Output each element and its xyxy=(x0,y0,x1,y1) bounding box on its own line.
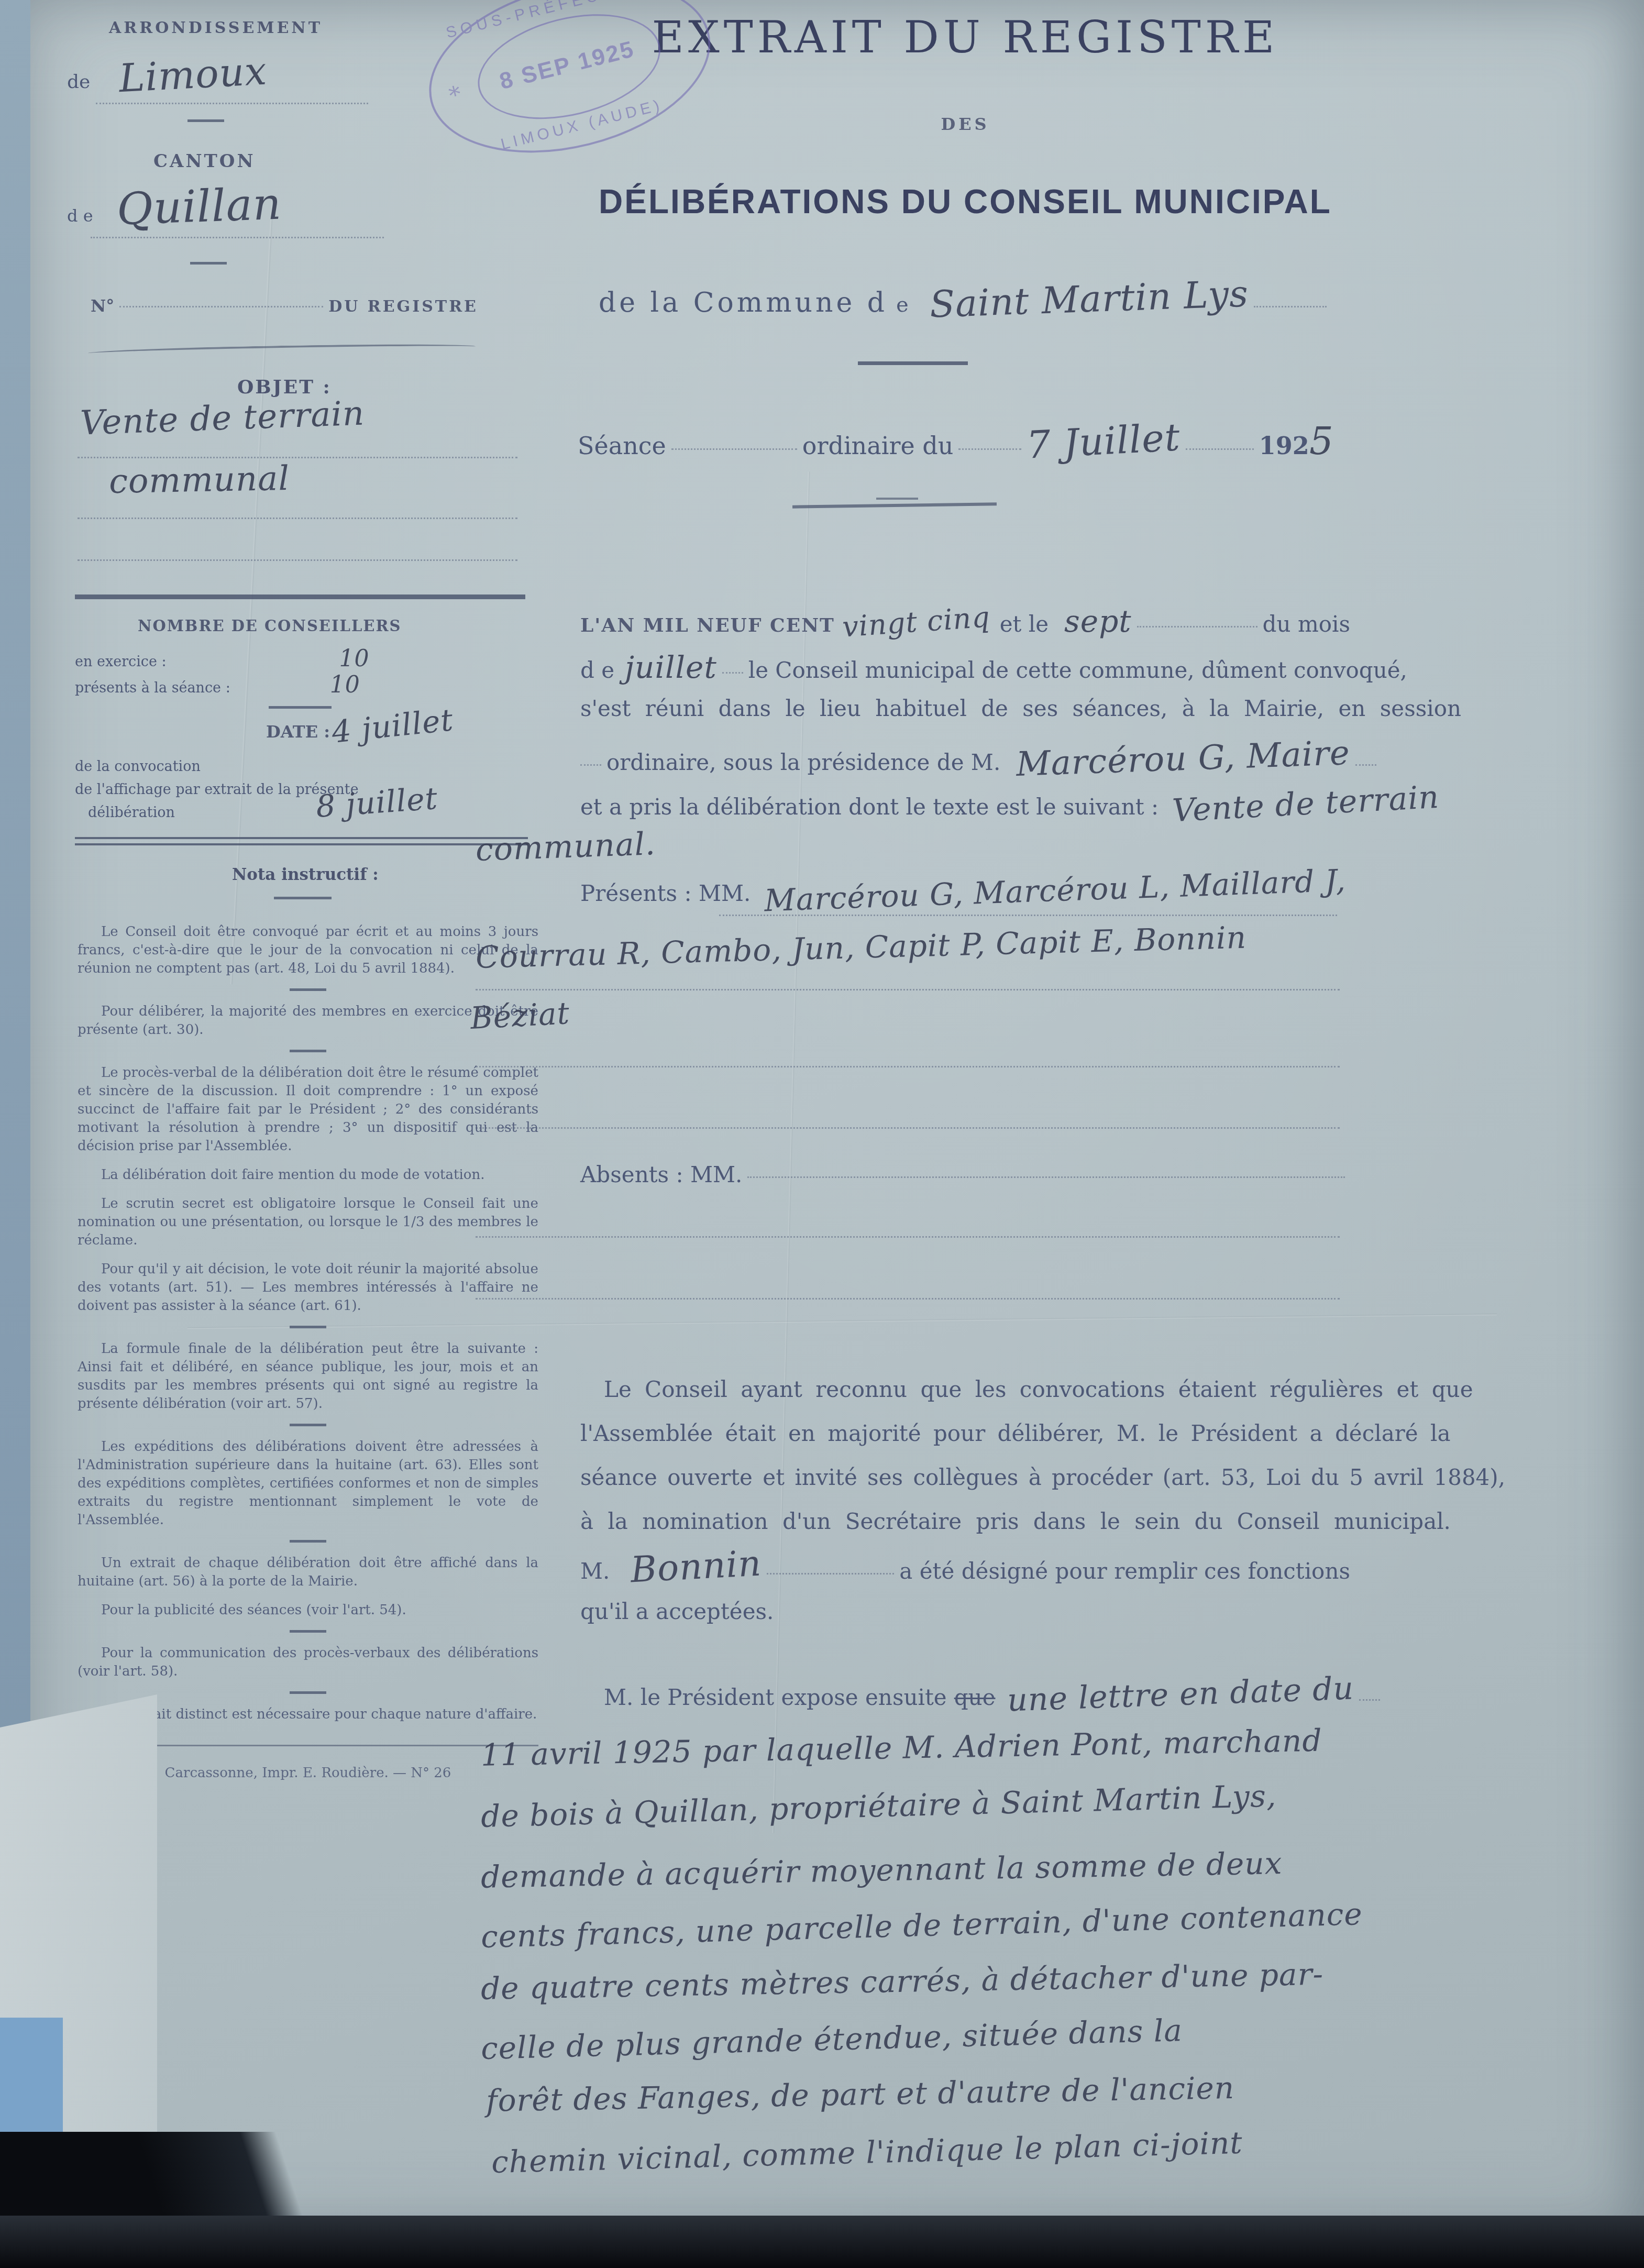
dotted-line xyxy=(78,518,517,519)
expose-print-text: M. le Président expose ensuite xyxy=(604,1685,947,1710)
lettre-handwritten-line: celle de plus grande étendue, située dan… xyxy=(480,2008,1366,2066)
objet-value-line2-handwritten: communal xyxy=(108,459,290,501)
en-exercice-label: en exercice : xyxy=(75,654,167,670)
et-le-label: et le xyxy=(1000,611,1049,637)
dotted-line xyxy=(96,103,368,104)
nota-heading: Nota instructif : xyxy=(232,865,379,884)
note-divider xyxy=(290,1691,326,1694)
conseil-line4: à la nomination d'un Secrétaire pris dan… xyxy=(580,1509,1350,1534)
nota-paragraph: Pour la publicité des séances (voir l'ar… xyxy=(78,1601,538,1620)
dotted-fill xyxy=(1186,448,1254,450)
registre-number-label: N° xyxy=(91,296,114,316)
seance-label: Séance xyxy=(578,432,666,460)
note-divider xyxy=(290,1424,326,1426)
nota-paragraph: Pour la communication des procès-verbaux… xyxy=(78,1644,538,1681)
seance-date-handwritten: 7 Juillet xyxy=(1025,415,1182,467)
dotted-fill xyxy=(1359,1699,1380,1701)
d-e-label: d e xyxy=(580,657,614,683)
dotted-line xyxy=(476,1127,1340,1129)
dotted-fill xyxy=(1355,764,1376,766)
title-deliberations: DÉLIBÉRATIONS DU CONSEIL MUNICIPAL xyxy=(567,182,1363,221)
texte-suivant-label: et a pris la délibération dont le texte … xyxy=(580,794,1158,820)
conseil-line1: Le Conseil ayant reconnu que les convoca… xyxy=(604,1377,1353,1402)
divider-rule xyxy=(274,897,332,899)
nota-paragraph: Le Conseil doit être convoqué par écrit … xyxy=(78,923,538,978)
annee-handwritten: vingt cinq xyxy=(841,600,991,644)
presents-handwritten-line1: Marcérou G, Marcérou L, Maillard J, xyxy=(764,863,1347,919)
title-des: DES xyxy=(567,114,1363,134)
expose-handwritten: une lettre en date du xyxy=(1006,1670,1354,1719)
divider-rule xyxy=(269,706,332,709)
dotted-line xyxy=(719,915,1337,916)
arrondissement-value-handwritten: Limoux xyxy=(118,49,268,102)
divider-rule xyxy=(187,119,224,122)
expose-struck-word: que xyxy=(954,1685,996,1710)
ordinaire-presidence-text: ordinaire, sous la présidence de M. xyxy=(606,750,1000,775)
en-exercice-value-handwritten: 10 xyxy=(339,645,370,672)
divider-rule xyxy=(190,262,227,265)
conseillers-heading: NOMBRE DE CONSEILLERS xyxy=(138,617,401,635)
presents-handwritten-line2: Courrau R, Cambo, Jun, Capit P, Capit E,… xyxy=(475,917,1355,975)
nota-paragraph: Les expéditions des délibérations doiven… xyxy=(78,1438,538,1529)
dotted-fill xyxy=(119,306,323,307)
affichage-label-line2: délibération xyxy=(88,805,175,821)
mois-handwritten: juillet xyxy=(625,649,717,685)
note-divider xyxy=(290,1050,326,1052)
objet-deliberation-handwritten1: Vente de terrain xyxy=(1172,779,1440,830)
seance-ordinaire-label: ordinaire du xyxy=(802,432,954,460)
seance-year-print: 192 xyxy=(1259,432,1309,460)
nota-paragraph: La délibération doit faire mention du mo… xyxy=(78,1166,538,1184)
m-label: M. xyxy=(580,1558,610,1584)
dotted-line xyxy=(476,989,1340,990)
decorative-rule-tick xyxy=(876,498,918,500)
dotted-line xyxy=(476,1298,1340,1300)
president-handwritten: Marcérou G, Maire xyxy=(1016,734,1351,784)
dotted-fill xyxy=(580,764,601,766)
jour-handwritten: sept xyxy=(1064,603,1132,639)
nota-paragraph: Pour qu'il y ait décision, le vote doit … xyxy=(78,1260,538,1315)
dotted-fill xyxy=(671,448,797,450)
presents-handwritten-line3: Béziat xyxy=(469,995,570,1036)
dotted-fill xyxy=(958,448,1021,450)
arrondissement-de-label: de xyxy=(67,71,90,93)
dotted-line xyxy=(78,559,517,561)
main-column: EXTRAIT DU REGISTRE DES DÉLIBÉRATIONS DU… xyxy=(567,0,1363,2238)
lettre-handwritten-line: demande à acquérir moyennant la somme de… xyxy=(481,1844,1366,1895)
dotted-fill xyxy=(767,1573,894,1575)
note-divider xyxy=(290,1326,326,1328)
dotted-fill xyxy=(747,1176,1345,1178)
an-mil-neuf-cent: L'an mil neuf cent xyxy=(580,614,835,636)
lettre-handwritten-line: de quatre cents mètres carrés, à détache… xyxy=(481,1955,1366,2006)
reuni-text: s'est réuni dans le lieu habituel de ses… xyxy=(580,696,1350,721)
canton-de-label: d e xyxy=(67,206,93,226)
note-divider xyxy=(290,988,326,991)
divider-rule xyxy=(858,361,968,365)
nota-paragraph: Le procès-verbal de la délibération doit… xyxy=(78,1064,538,1155)
dotted-fill xyxy=(1254,306,1327,307)
dotted-fill xyxy=(722,672,743,674)
convocation-date-handwritten: 4 juillet xyxy=(330,702,455,750)
du-mois-label: du mois xyxy=(1263,611,1350,637)
nota-paragraph: Le scrutin secret est obligatoire lorsqu… xyxy=(78,1195,538,1250)
presents-seance-value-handwritten: 10 xyxy=(330,671,360,698)
secretaire-handwritten: Bonnin xyxy=(630,1543,763,1591)
dotted-line xyxy=(78,457,517,458)
note-divider xyxy=(290,1540,326,1543)
register-extract-page: ARRONDISSEMENT de Limoux CANTON d e Quil… xyxy=(30,0,1644,2238)
conseil-line2: l'Assemblée était en majorité pour délib… xyxy=(580,1421,1350,1446)
absents-label: Absents : MM. xyxy=(580,1162,742,1187)
section-rule xyxy=(75,594,525,599)
objet-label: OBJET : xyxy=(237,376,332,398)
table-edge-shadow xyxy=(0,2216,1644,2268)
dotted-line xyxy=(476,1236,1340,1238)
double-rule xyxy=(75,837,528,845)
dotted-line xyxy=(476,1066,1340,1067)
convoque-text: le Conseil municipal de cette commune, d… xyxy=(748,657,1407,683)
presents-seance-label: présents à la séance : xyxy=(75,680,230,696)
dotted-fill xyxy=(1137,626,1257,627)
canton-value-handwritten: Quillan xyxy=(116,178,282,235)
arrondissement-label: ARRONDISSEMENT xyxy=(109,19,323,37)
commune-prefix: de la Commune d xyxy=(599,287,888,318)
canton-label: CANTON xyxy=(153,151,256,172)
wavy-rule xyxy=(88,343,476,358)
decorative-rule xyxy=(792,502,997,508)
lettre-handwritten-line: chemin vicinal, comme l'indique le plan … xyxy=(491,2121,1376,2180)
acceptees-text: qu'il a acceptées. xyxy=(580,1599,774,1624)
lettre-handwritten-line: cents francs, une parcelle de terrain, d… xyxy=(480,1896,1366,1955)
commune-value-handwritten: Saint Martin Lys xyxy=(929,272,1249,326)
commune-e: e xyxy=(896,293,909,317)
nota-notes: Le Conseil doit être convoqué par écrit … xyxy=(78,923,538,1781)
seance-year-handwritten: 5 xyxy=(1309,419,1334,463)
document-photo: ARRONDISSEMENT de Limoux CANTON d e Quil… xyxy=(0,0,1644,2268)
objet-value-line1-handwritten: Vente de terrain xyxy=(80,394,365,443)
dotted-line xyxy=(91,237,384,238)
designe-text: a été désigné pour remplir ces fonctions xyxy=(899,1558,1350,1584)
note-divider xyxy=(290,1630,326,1633)
lettre-handwritten-line: de bois à Quillan, propriétaire à Saint … xyxy=(480,1776,1366,1834)
nota-paragraph: Pour délibérer, la majorité des membres … xyxy=(78,1003,538,1039)
registre-label: DU REGISTRE xyxy=(328,298,478,316)
convocation-label: de la convocation xyxy=(75,758,201,775)
conseil-line3: séance ouverte et invité ses collègues à… xyxy=(580,1465,1350,1490)
presents-label: Présents : MM. xyxy=(580,880,751,906)
nota-paragraph: La formule finale de la délibération peu… xyxy=(78,1340,538,1413)
lettre-handwritten-line: forêt des Fanges, de part et d'autre de … xyxy=(486,2067,1372,2118)
date-heading: DATE : xyxy=(266,722,330,742)
nota-paragraph: Un extrait de chaque délibération doit ê… xyxy=(78,1554,538,1591)
lettre-handwritten-line: 11 avril 1925 par laquelle M. Adrien Pon… xyxy=(481,1722,1366,1772)
objet-deliberation-handwritten2: communal. xyxy=(475,825,656,868)
